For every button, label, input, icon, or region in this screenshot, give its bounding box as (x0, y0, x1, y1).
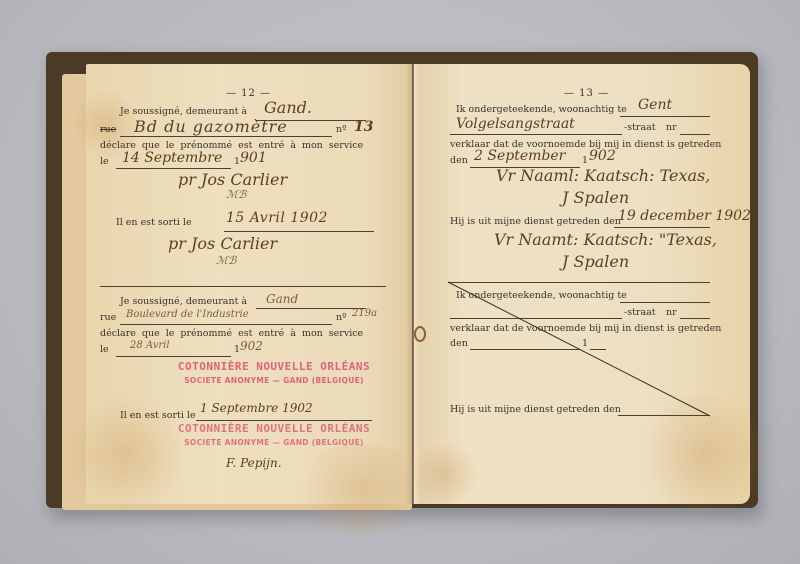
handwritten-number: 13 (354, 119, 373, 135)
right-page: — 13 — Ik ondergeteekende, woonachtig te… (414, 64, 750, 504)
handwritten-entry-date: 14 Septembre (122, 150, 222, 166)
handwritten-city-nl: Gent (638, 97, 672, 113)
company-stamp-2: COTONNIÈRE NOUVELLE ORLÉANS SOCIETE ANON… (174, 422, 374, 447)
label-on: le (100, 156, 109, 167)
signature-nl-1: J Spalen (562, 188, 629, 207)
handwritten-street-nl: Volgelsangstraat (456, 116, 575, 132)
handwritten-exit-date-nl: 19 december 1902 (618, 208, 751, 224)
label-residing-nl: Ik ondergeteekende, woonachtig te (456, 104, 627, 115)
label-residing-2: Je soussigné, demeurant à (120, 296, 247, 307)
handwritten-entry-year-nl: 902 (589, 148, 616, 164)
handwritten-street: Bd du gazomètre (134, 117, 288, 136)
company-stamp-1: COTONNIÈRE NOUVELLE ORLÉANS SOCIETE ANON… (174, 360, 374, 385)
paraph-1: ℳℬ (226, 188, 246, 201)
handwritten-city: Gand. (264, 98, 312, 117)
label-residing: Je soussigné, demeurant à (120, 106, 247, 117)
label-street-2: rue (100, 312, 116, 323)
signature-1: pr Jos Carlier (178, 170, 287, 189)
handwritten-number-2: 219a (352, 308, 377, 319)
left-page: — 12 — Je soussigné, demeurant à Gand. r… (86, 64, 412, 504)
handwritten-exit-date: 15 Avril 1902 (226, 210, 328, 226)
page-number-right: — 13 — (564, 88, 609, 99)
label-exit-nl: Hij is uit mijne dienst getreden den (450, 216, 621, 227)
signature-nl-2: J Spalen (562, 252, 629, 271)
handwritten-street-2: Boulevard de l'Industrie (126, 309, 249, 320)
paraph-2: ℳℬ (216, 254, 236, 267)
handwritten-entry-date-2: 28 Avril (130, 340, 170, 351)
label-exit: Il en est sorti le (116, 217, 192, 228)
signature-3: F. Pepijn. (226, 456, 282, 470)
label-street: rue (100, 124, 116, 135)
handwritten-entry-year-2: 902 (240, 339, 263, 353)
binding-thread (414, 326, 426, 342)
label-number: nº (336, 124, 347, 135)
handwritten-note-2: Vr Naamt: Kaatsch: "Texas, (494, 230, 717, 249)
handwritten-entry-date-nl: 2 September (474, 148, 565, 164)
book-gutter (406, 64, 420, 504)
signature-2: pr Jos Carlier (168, 234, 277, 253)
handwritten-city-2: Gand (266, 292, 298, 306)
handwritten-exit-date-2: 1 Septembre 1902 (200, 401, 313, 415)
handwritten-note-1: Vr Naaml: Kaatsch: Texas, (496, 166, 710, 185)
handwritten-entry-year: 901 (240, 150, 267, 166)
